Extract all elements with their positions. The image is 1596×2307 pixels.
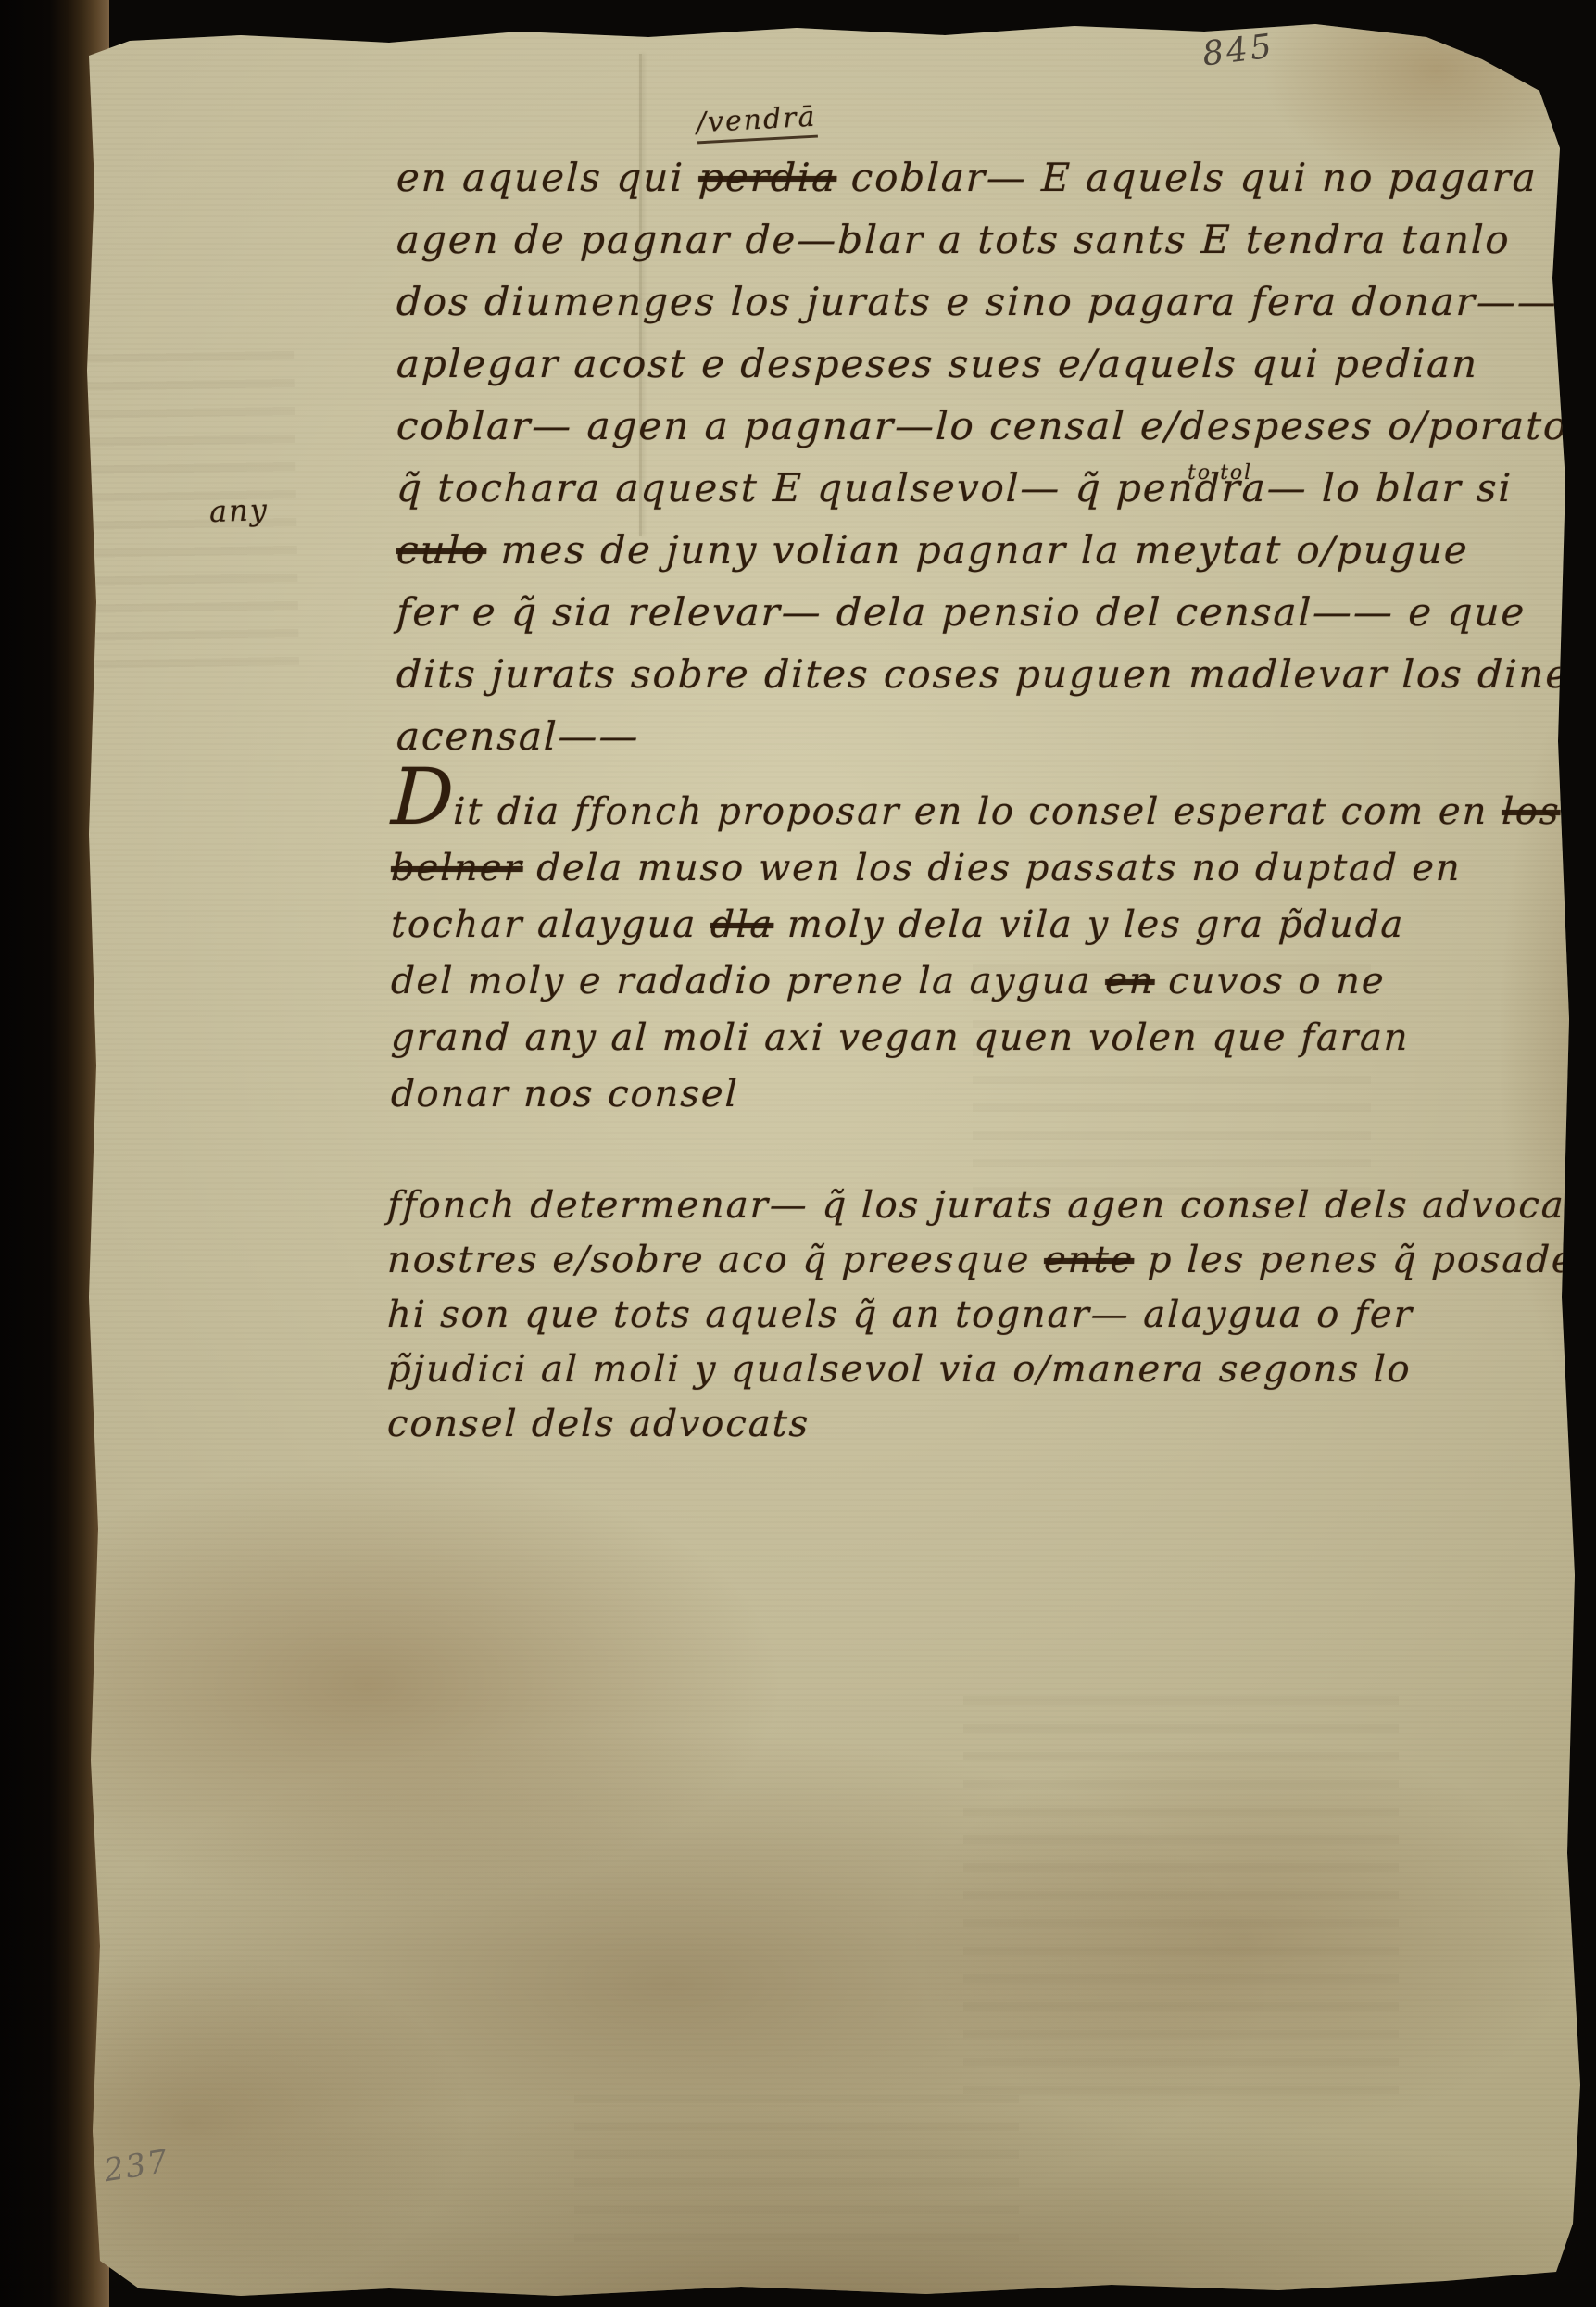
- manuscript-line: aplegar acost e despeses sues e/aquels q…: [396, 333, 1593, 395]
- verso-show-through: [963, 1696, 1399, 2094]
- manuscript-text: consel dels advocats: [386, 1403, 811, 1445]
- manuscript-text: dela muso wen los dies passats no duptad…: [522, 847, 1463, 889]
- struck-word: en: [1104, 960, 1155, 1002]
- struck-word: ente: [1043, 1239, 1135, 1281]
- manuscript-text: dits jurats sobre dites coses puguen mad…: [396, 651, 1593, 697]
- manuscript-text: cuvos o ne: [1154, 960, 1387, 1002]
- manuscript-line: agen de pagnar de—blar a tots sants E te…: [396, 208, 1593, 271]
- manuscript-text: tochar alaygua: [390, 903, 711, 946]
- manuscript-text: donar nos consel: [390, 1073, 739, 1116]
- manuscript-text: p les penes q̃ posades: [1133, 1239, 1596, 1281]
- manuscript-text: q̃ tochara aquest E qualsevol— q̃ pendra…: [396, 465, 1514, 511]
- manuscript-text: agen de pagnar de—blar a tots sants E te…: [396, 217, 1511, 262]
- manuscript-photo: 845 /vendrā any to tol en aquels qui per…: [0, 0, 1596, 2307]
- margin-note: any: [208, 492, 269, 529]
- manuscript-text: D: [390, 751, 456, 842]
- manuscript-text: dos diumenges los jurats e sino pagara f…: [396, 279, 1559, 324]
- manuscript-line: dos diumenges los jurats e sino pagara f…: [396, 271, 1593, 333]
- manuscript-text: del moly e radadio prene la aygua: [390, 960, 1106, 1002]
- manuscript-text: nostres e/sobre aco q̃ preesque: [386, 1239, 1045, 1281]
- manuscript-line: dits jurats sobre dites coses puguen mad…: [396, 643, 1593, 705]
- manuscript-text: aplegar acost e despeses sues e/aquels q…: [396, 341, 1479, 386]
- interlinear-insertion: /vendrā: [696, 101, 817, 145]
- manuscript-line: grand any al moli axi vegan quen volen q…: [390, 1010, 1562, 1066]
- struck-word: belner: [390, 847, 523, 889]
- manuscript-text: coblar— E aquels qui no pagara: [836, 155, 1538, 200]
- manuscript-text: en aquels qui: [396, 155, 699, 200]
- manuscript-line: p̃judici al moli y qualsevol via o/maner…: [386, 1343, 1596, 1397]
- manuscript-text: moly dela vila y les gra p̃duda: [773, 903, 1405, 946]
- manuscript-line: fer e q̃ sia relevar— dela pensio del ce…: [396, 581, 1593, 643]
- manuscript-text: hi son que tots aquels q̃ an tognar— ala…: [386, 1293, 1414, 1336]
- manuscript-line: nostres e/sobre aco q̃ preesque ente p l…: [386, 1233, 1596, 1288]
- manuscript-text: ffonch determenar— q̃ los jurats agen co…: [386, 1184, 1596, 1227]
- folio-number-bottom-left: 237: [101, 2143, 171, 2190]
- manuscript-line: culo mes de juny volian pagnar la meytat…: [396, 519, 1593, 581]
- struck-word: dla: [710, 903, 774, 946]
- manuscript-line: en aquels qui perdia coblar— E aquels qu…: [396, 146, 1593, 208]
- manuscript-line: del moly e radadio prene la aygua en cuv…: [390, 953, 1562, 1010]
- paragraph-3: ffonch determenar— q̃ los jurats agen co…: [387, 1179, 1596, 1452]
- manuscript-line: belner dela muso wen los dies passats no…: [390, 840, 1562, 897]
- manuscript-text: p̃judici al moli y qualsevol via o/maner…: [386, 1348, 1412, 1391]
- manuscript-line: acensal——: [396, 705, 1593, 767]
- manuscript-text: it dia ffonch proposar en lo consel espe…: [453, 790, 1502, 833]
- manuscript-text: grand any al moli axi vegan quen volen q…: [390, 1016, 1410, 1059]
- parchment-page: 845 /vendrā any to tol en aquels qui per…: [0, 0, 1596, 2307]
- manuscript-line: Dit dia ffonch proposar en lo consel esp…: [390, 784, 1562, 840]
- paragraph-1: en aquels qui perdia coblar— E aquels qu…: [396, 146, 1592, 767]
- struck-word: los: [1501, 790, 1561, 833]
- manuscript-line: donar nos consel: [390, 1066, 1562, 1123]
- manuscript-line: tochar alaygua dla moly dela vila y les …: [390, 897, 1562, 953]
- folio-number-top-right: 845: [1200, 27, 1276, 73]
- struck-word: culo: [396, 527, 487, 573]
- manuscript-line: ffonch determenar— q̃ los jurats agen co…: [386, 1179, 1596, 1233]
- verso-show-through: [574, 2085, 1019, 2242]
- struck-word: perdia: [697, 155, 837, 200]
- manuscript-line: consel dels advocats: [386, 1397, 1596, 1452]
- manuscript-text: coblar— agen a pagnar—lo censal e/despes…: [396, 403, 1569, 448]
- paragraph-2: Dit dia ffonch proposar en lo consel esp…: [391, 784, 1561, 1123]
- manuscript-line: coblar— agen a pagnar—lo censal e/despes…: [396, 395, 1593, 457]
- manuscript-text: mes de juny volian pagnar la meytat o/pu…: [485, 527, 1469, 573]
- manuscript-line: hi son que tots aquels q̃ an tognar— ala…: [386, 1288, 1596, 1343]
- manuscript-line: q̃ tochara aquest E qualsevol— q̃ pendra…: [396, 457, 1593, 519]
- manuscript-text: fer e q̃ sia relevar— dela pensio del ce…: [396, 589, 1527, 635]
